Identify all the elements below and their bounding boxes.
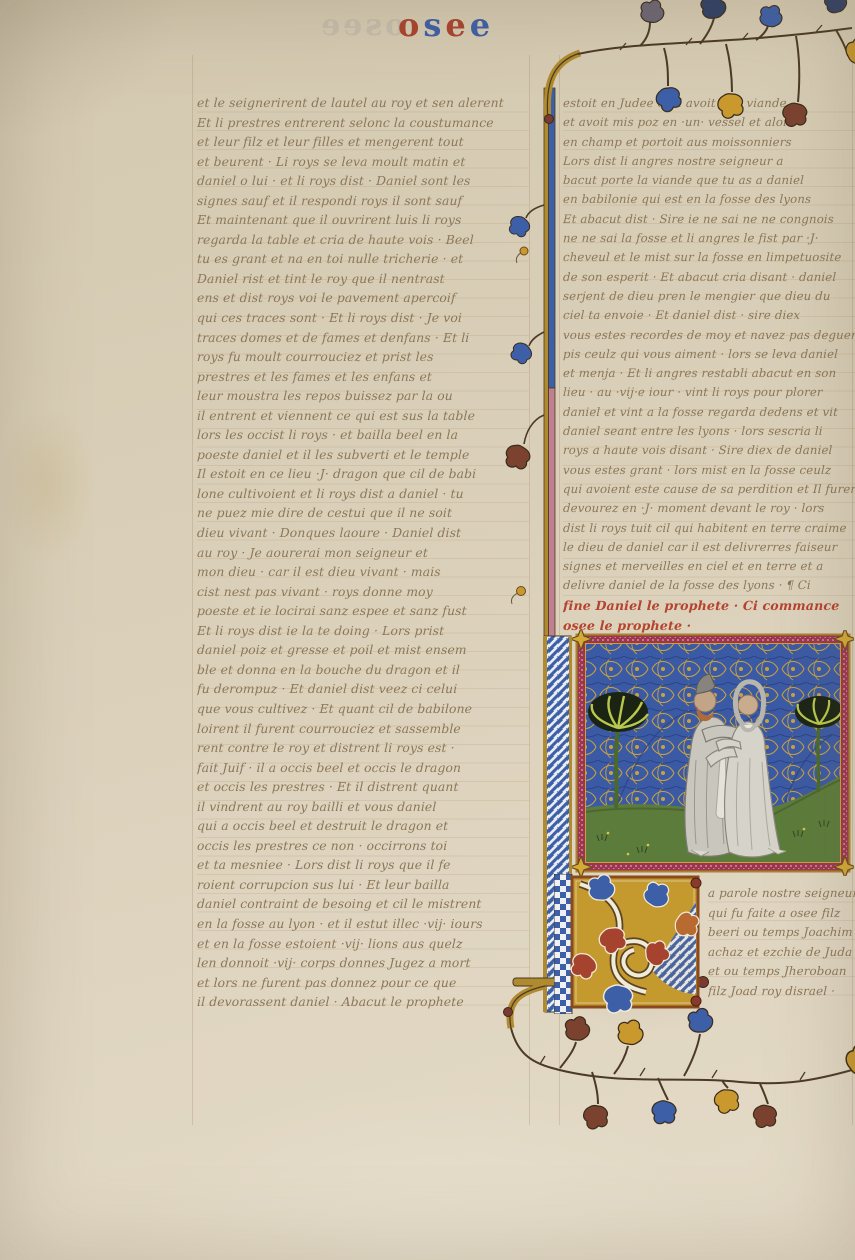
miniature-hosea-embracing-gomer (572, 630, 854, 876)
text-line: le dieu de daniel car il est delivrerres… (563, 538, 855, 557)
running-title-letter: s (423, 6, 445, 44)
text-line: leur moustra les repos buissez par la ou (197, 387, 529, 407)
ivy-leaf-icon (758, 4, 783, 28)
ivy-leaf-icon (697, 0, 729, 23)
text-line: bacut porte la viande que tu as a daniel (563, 171, 855, 190)
text-line: ble et donna en la bouche du dragon et i… (197, 661, 529, 681)
text-line: vous estes recordes de moy et navez pas … (563, 326, 855, 345)
text-line: poeste et ie locirai sanz espee et sanz … (197, 602, 529, 622)
ruling-line-vertical (192, 55, 193, 1125)
text-line: lone cultivoient et li roys dist a danie… (197, 485, 529, 505)
text-line: ens et dist roys voi le pavement apercoi… (197, 289, 529, 309)
text-column-left: et le seignerirent de lautel au roy et s… (197, 94, 529, 1016)
ivy-leaf-icon (642, 881, 671, 909)
text-line: devourez en ·J· moment devant le roy · l… (563, 499, 855, 518)
ivy-leaf-icon (641, 937, 673, 969)
text-line: signes sauf et il respondi roys il sont … (197, 192, 529, 212)
text-line: daniel o lui · et li roys dist · Daniel … (197, 172, 529, 192)
initial-leaves (568, 874, 700, 1014)
text-line: et menja · Et li angres restabli abacut … (563, 364, 855, 383)
text-line: Et maintenant que il ouvrirent luis li r… (197, 211, 529, 231)
rubric-explicit-incipit: fine Daniel le prophete · Ci commanceose… (563, 596, 855, 635)
text-line: dieu vivant · Donques laoure · Daniel di… (197, 524, 529, 544)
text-line: cheveul et le mist sur la fosse en limpe… (563, 248, 855, 267)
text-line: Il estoit en ce lieu ·J· dragon que cil … (197, 465, 529, 485)
text-line: tu es grant et na en toi nulle tricherie… (197, 250, 529, 270)
text-line: estoit en Judee et Il avoit cuit viande (563, 94, 855, 113)
text-line: ne puez mie dire de cestui que il ne soi… (197, 504, 529, 524)
running-title: osee (398, 6, 494, 44)
text-line: ciel ta envoie · Et daniel dist · sire d… (563, 306, 855, 325)
text-line: pis ceulz qui vous aiment · lors se leva… (563, 345, 855, 364)
text-line: signes et merveilles en ciel et en terre… (563, 557, 855, 576)
text-line: fine Daniel le prophete · Ci commance (563, 596, 855, 616)
text-line: ne ne sai la fosse et li angres le fist … (563, 229, 855, 248)
text-line: Lors dist li angres nostre seigneur a (563, 152, 855, 171)
running-title-letter: e (470, 6, 494, 44)
text-line: et leur filz et leur filles et mengerent… (197, 133, 529, 153)
running-title-letter: o (398, 6, 423, 44)
text-line: qui a occis beel et destruit le dragon e… (197, 817, 529, 837)
text-line: en la fosse au lyon · et il estut illec … (197, 915, 529, 935)
text-line: dist li roys tuit cil qui habitent en te… (563, 519, 855, 538)
ivy-leaf-icon (596, 922, 631, 956)
ivy-leaf-icon (582, 1102, 611, 1130)
text-line: vous estes grant · lors mist en la fosse… (563, 461, 855, 480)
text-line: prestres et les fames et les enfans et (197, 368, 529, 388)
top-vine (578, 18, 852, 102)
decorated-initial-L (554, 874, 704, 1014)
text-line: mon dieu · car il est dieu vivant · mais (197, 563, 529, 583)
manuscript-page: osee osee et le seignerirent de lautel a… (0, 0, 855, 1260)
text-line: a parole nostre seigneur (708, 884, 855, 904)
text-line: et occis les prestres · Et il distrent q… (197, 778, 529, 798)
ivy-leaf-icon (684, 1006, 715, 1037)
ruling-line-vertical (529, 55, 530, 1125)
text-line: il entrent et viennent ce qui est sus la… (197, 407, 529, 427)
running-title-letter: e (445, 6, 469, 44)
text-line: achaz et ezchie de Juda (708, 943, 855, 963)
ivy-leaf-icon (821, 0, 850, 17)
text-line: Daniel rist et tint le roy que il nentra… (197, 270, 529, 290)
text-line: et beurent · Li roys se leva moult matin… (197, 153, 529, 173)
running-title-showthrough: osee (318, 8, 405, 43)
ivy-leaf-icon (752, 1103, 778, 1129)
text-line: au roy · Je aourerai mon seigneur et (197, 544, 529, 564)
ruling-line-vertical (559, 55, 560, 1125)
text-line: fait Juif · il a occis beel et occis le … (197, 759, 529, 779)
text-line: rent contre le roy et distrent li roys e… (197, 739, 529, 759)
text-line: osee le prophete · (563, 616, 855, 636)
bottom-vine (511, 1028, 852, 1104)
text-line: et ta mesniee · Lors dist li roys que il… (197, 856, 529, 876)
text-line: qui avoient este cause de sa perdition e… (563, 480, 855, 499)
text-line: filz Joad roy disrael · (708, 982, 855, 1002)
text-line: traces domes et de fames et denfans · Et… (197, 329, 529, 349)
bar-border-lower (504, 636, 709, 1028)
text-line: lors les occist li roys · et bailla beel… (197, 426, 529, 446)
text-line: lieu · au ·vij·e iour · vint li roys pou… (563, 383, 855, 402)
text-line: il vindrent au roy bailli et vous daniel (197, 798, 529, 818)
text-line: roys fu moult courrouciez et prist les (197, 348, 529, 368)
text-column-right: estoit en Judee et Il avoit cuit viandee… (563, 94, 855, 600)
text-line: et ou temps Jheroboan (708, 962, 855, 982)
ivy-leaf-icon (568, 950, 600, 981)
text-line: Et li prestres entrerent selonc la coust… (197, 114, 529, 134)
text-line: en babilonie qui est en la fosse des lyo… (563, 190, 855, 209)
margin-catchword: J (838, 852, 845, 868)
text-line: daniel contraint de besoing et cil le mi… (197, 895, 529, 915)
ivy-leaf-icon (585, 874, 618, 904)
text-line: que vous cultivez · Et quant cil de babi… (197, 700, 529, 720)
text-line: et avoit mis poz en ·un· vessel et aloit (563, 113, 855, 132)
ivy-leaf-icon (562, 1014, 592, 1044)
text-line: delivre daniel de la fosse des lyons · ¶… (563, 576, 855, 595)
text-line: daniel seant entre les lyons · lors sesc… (563, 422, 855, 441)
text-line: daniel et vint a la fosse regarda dedens… (563, 403, 855, 422)
bottom-vine-leaves (562, 1006, 855, 1131)
text-line: fu derompuz · Et daniel dist veez ci cel… (197, 680, 529, 700)
text-line: cist nest pas vivant · roys donne moy (197, 583, 529, 603)
ivy-leaf-icon (602, 982, 635, 1014)
text-line: en champ et portoit aus moissonniers (563, 133, 855, 152)
ivy-leaf-icon (638, 0, 666, 25)
text-line: qui ces traces sont · Et li roys dist · … (197, 309, 529, 329)
frame-corner-star-icon (572, 630, 854, 876)
text-line: loirent il furent courrouciez et sassemb… (197, 720, 529, 740)
text-line: Et abacut dist · Sire ie ne sai ne ne co… (563, 210, 855, 229)
text-line: de son esperit · Et abacut cria disant ·… (563, 268, 855, 287)
text-line: qui fu faite a osee filz (708, 904, 855, 924)
incipit-text: a parole nostre seigneurqui fu faite a o… (708, 884, 855, 1001)
text-line: roys a haute vois disant · Sire diex de … (563, 441, 855, 460)
text-line: occis les prestres ce non · occirrons to… (197, 837, 529, 857)
ivy-leaf-icon (673, 911, 700, 938)
text-line: daniel poiz et gresse et poil et mist en… (197, 641, 529, 661)
text-line: serjent de dieu pren le mengier que dieu… (563, 287, 855, 306)
text-line: len donnoit ·vij· corps donnes Jugez a m… (197, 954, 529, 974)
ivy-leaf-icon (615, 1018, 645, 1047)
text-line: poeste daniel et il les subverti et le t… (197, 446, 529, 466)
ivy-leaf-icon (651, 1100, 677, 1125)
text-line: et en la fosse estoient ·vij· lions aus … (197, 935, 529, 955)
text-line: et lors ne furent pas donnez pour ce que (197, 974, 529, 994)
ivy-leaf-icon (712, 1086, 742, 1116)
text-line: il devorassent daniel · Abacut le prophe… (197, 993, 529, 1013)
text-line: roient corrupcion sus lui · Et leur bail… (197, 876, 529, 896)
text-line: Et li roys dist ie la te doing · Lors pr… (197, 622, 529, 642)
text-line: beeri ou temps Joachim (708, 923, 855, 943)
text-line: regarda la table et cria de haute vois ·… (197, 231, 529, 251)
text-line: et le seignerirent de lautel au roy et s… (197, 94, 529, 114)
